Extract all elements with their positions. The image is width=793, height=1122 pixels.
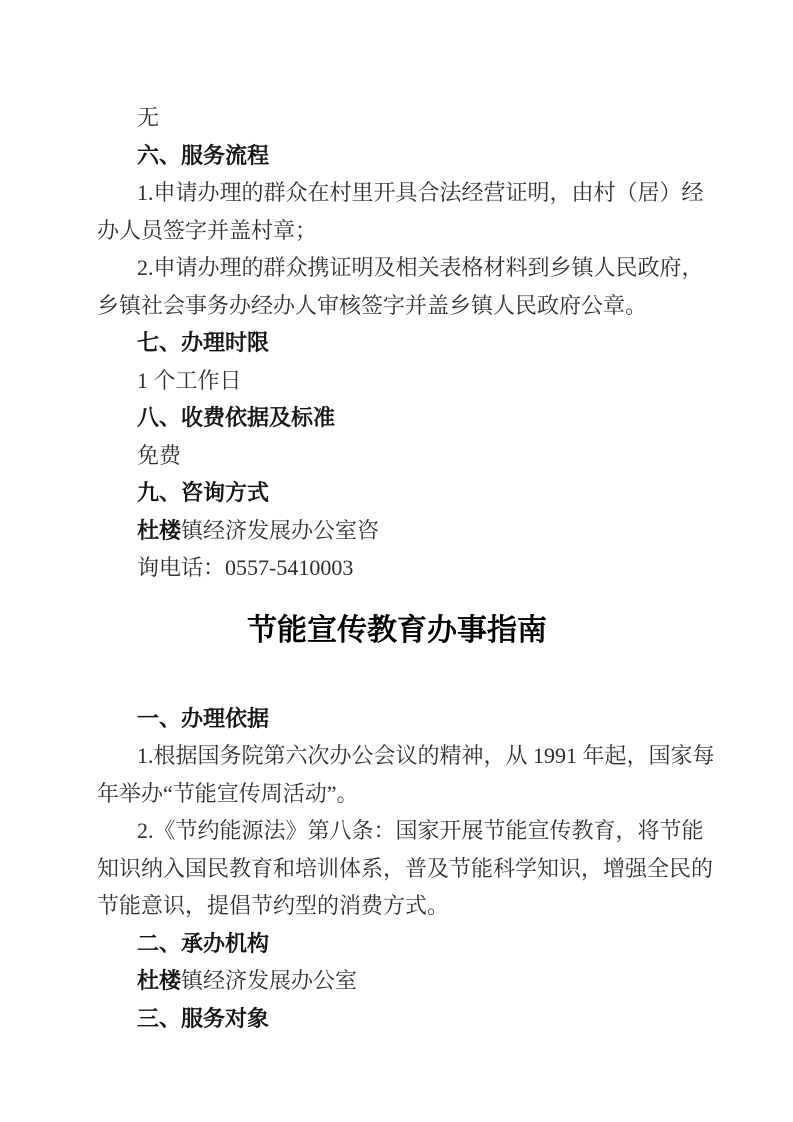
heading-time-limit: 七、办理时限	[97, 324, 697, 362]
agency-name-rest: 镇经济发展办公室	[181, 968, 357, 993]
heading-fee-basis: 八、收费依据及标准	[97, 399, 697, 437]
basis-item1-line1: 1.根据国务院第六次办公会议的精神，从 1991 年起，国家每	[97, 737, 697, 775]
agency-name-bold: 杜楼	[137, 968, 181, 993]
document-title: 节能宣传教育办事指南	[97, 603, 697, 659]
consult-phone-line: 询电话：0557-5410003	[97, 549, 697, 587]
heading-agency: 二、承办机构	[97, 925, 697, 963]
consult-office-name-bold: 杜楼	[137, 518, 181, 543]
flow-step2-line2: 乡镇社会事务办经办人审核签字并盖乡镇人民政府公章。	[97, 287, 697, 325]
consult-office-line: 杜楼镇经济发展办公室咨	[97, 512, 697, 550]
fee-value: 免费	[97, 437, 697, 475]
flow-step2-line1: 2.申请办理的群众携证明及相关表格材料到乡镇人民政府，	[97, 249, 697, 287]
basis-item2-line2: 知识纳入国民教育和培训体系，普及节能科学知识，增强全民的	[97, 850, 697, 888]
basis-item2-line1: 2.《节约能源法》第八条：国家开展节能宣传教育，将节能	[97, 812, 697, 850]
agency-name-line: 杜楼镇经济发展办公室	[97, 962, 697, 1000]
flow-step1-line2: 办人员签字并盖村章；	[97, 212, 697, 250]
basis-item1-line2: 年举办“节能宣传周活动”。	[97, 775, 697, 813]
heading-basis: 一、办理依据	[97, 700, 697, 738]
page-content: 无 六、服务流程 1.申请办理的群众在村里开具合法经营证明，由村（居）经 办人员…	[0, 0, 793, 1037]
field-value-none: 无	[97, 99, 697, 137]
basis-item2-line3: 节能意识，提倡节约型的消费方式。	[97, 887, 697, 925]
time-limit-value: 1 个工作日	[97, 362, 697, 400]
document-page: 无 六、服务流程 1.申请办理的群众在村里开具合法经营证明，由村（居）经 办人员…	[0, 0, 793, 1122]
heading-service-flow: 六、服务流程	[97, 137, 697, 175]
flow-step1-line1: 1.申请办理的群众在村里开具合法经营证明，由村（居）经	[97, 174, 697, 212]
heading-consult-method: 九、咨询方式	[97, 474, 697, 512]
heading-target: 三、服务对象	[97, 1000, 697, 1038]
consult-office-name-rest: 镇经济发展办公室咨	[181, 518, 379, 543]
